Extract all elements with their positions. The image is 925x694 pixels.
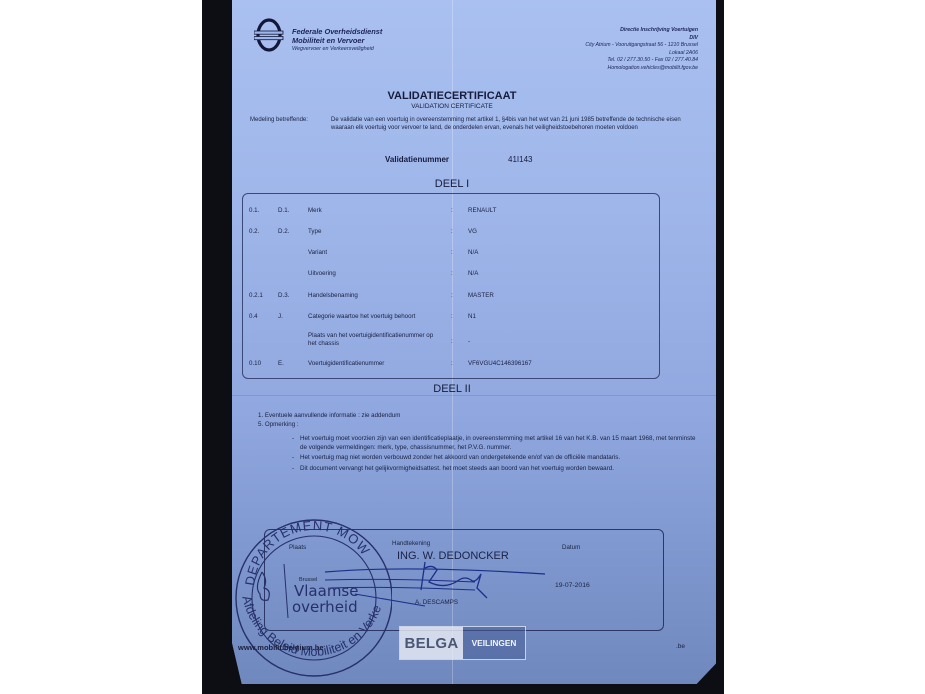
svg-text:DEPARTEMENT MOW: DEPARTEMENT MOW (242, 518, 373, 587)
date-value: 19-07-2016 (555, 582, 590, 589)
validation-number-label: Validatienummer (385, 155, 449, 164)
validation-number: 41I143 (508, 155, 532, 164)
svg-text:overheid: overheid (292, 598, 358, 616)
website-link: www.mobilit.belgium.be (238, 643, 324, 652)
remark-item: Het voertuig mag niet worden verbouwd zo… (292, 453, 702, 462)
remark-item: Het voertuig moet voorzien zijn van een … (292, 434, 702, 453)
document-title: VALIDATIECERTIFICAAT (232, 90, 672, 102)
date-label: Datum (562, 544, 580, 551)
agency-name: Federale Overheidsdienst Mobiliteit en V… (292, 27, 382, 54)
deel2-heading: DEEL II (232, 383, 672, 395)
remark-item: Dit document vervangt het gelijkvormighe… (292, 464, 702, 473)
certificate-document: Federale Overheidsdienst Mobiliteit en V… (232, 0, 716, 684)
directorate-address: Directie Inschrijving Voertuigen DIV Cit… (585, 27, 698, 72)
fold-line-horizontal (232, 395, 716, 396)
remarks-list: Het voertuig moet voorzien zijn van een … (292, 434, 702, 473)
deel1-heading: DEEL I (232, 178, 672, 190)
footer-suffix: .be (676, 643, 685, 650)
department-mow-stamp-icon: DEPARTEMENT MOW Afdeling Beleid Mobilite… (232, 510, 392, 680)
watermark-belga: BELGA (400, 627, 463, 659)
watermark-veilingen: VEILINGEN (463, 627, 525, 659)
medeling-text: De validatie van een voertuig in overeen… (331, 116, 681, 132)
document-subtitle: VALIDATION CERTIFICATE (232, 103, 672, 110)
belga-veilingen-watermark: BELGA VEILINGEN (399, 626, 526, 660)
signature-label: Handtekening (392, 540, 430, 547)
additional-info: 1. Eventuele aanvullende informatie : zi… (258, 411, 400, 429)
vehicle-data-table: 0.1. D.1. Merk : RENAULT 0.2. D.2. Type … (242, 193, 660, 379)
fod-mobility-logo-icon (254, 18, 284, 52)
medeling-label: Medeling betreffende: (250, 117, 308, 123)
